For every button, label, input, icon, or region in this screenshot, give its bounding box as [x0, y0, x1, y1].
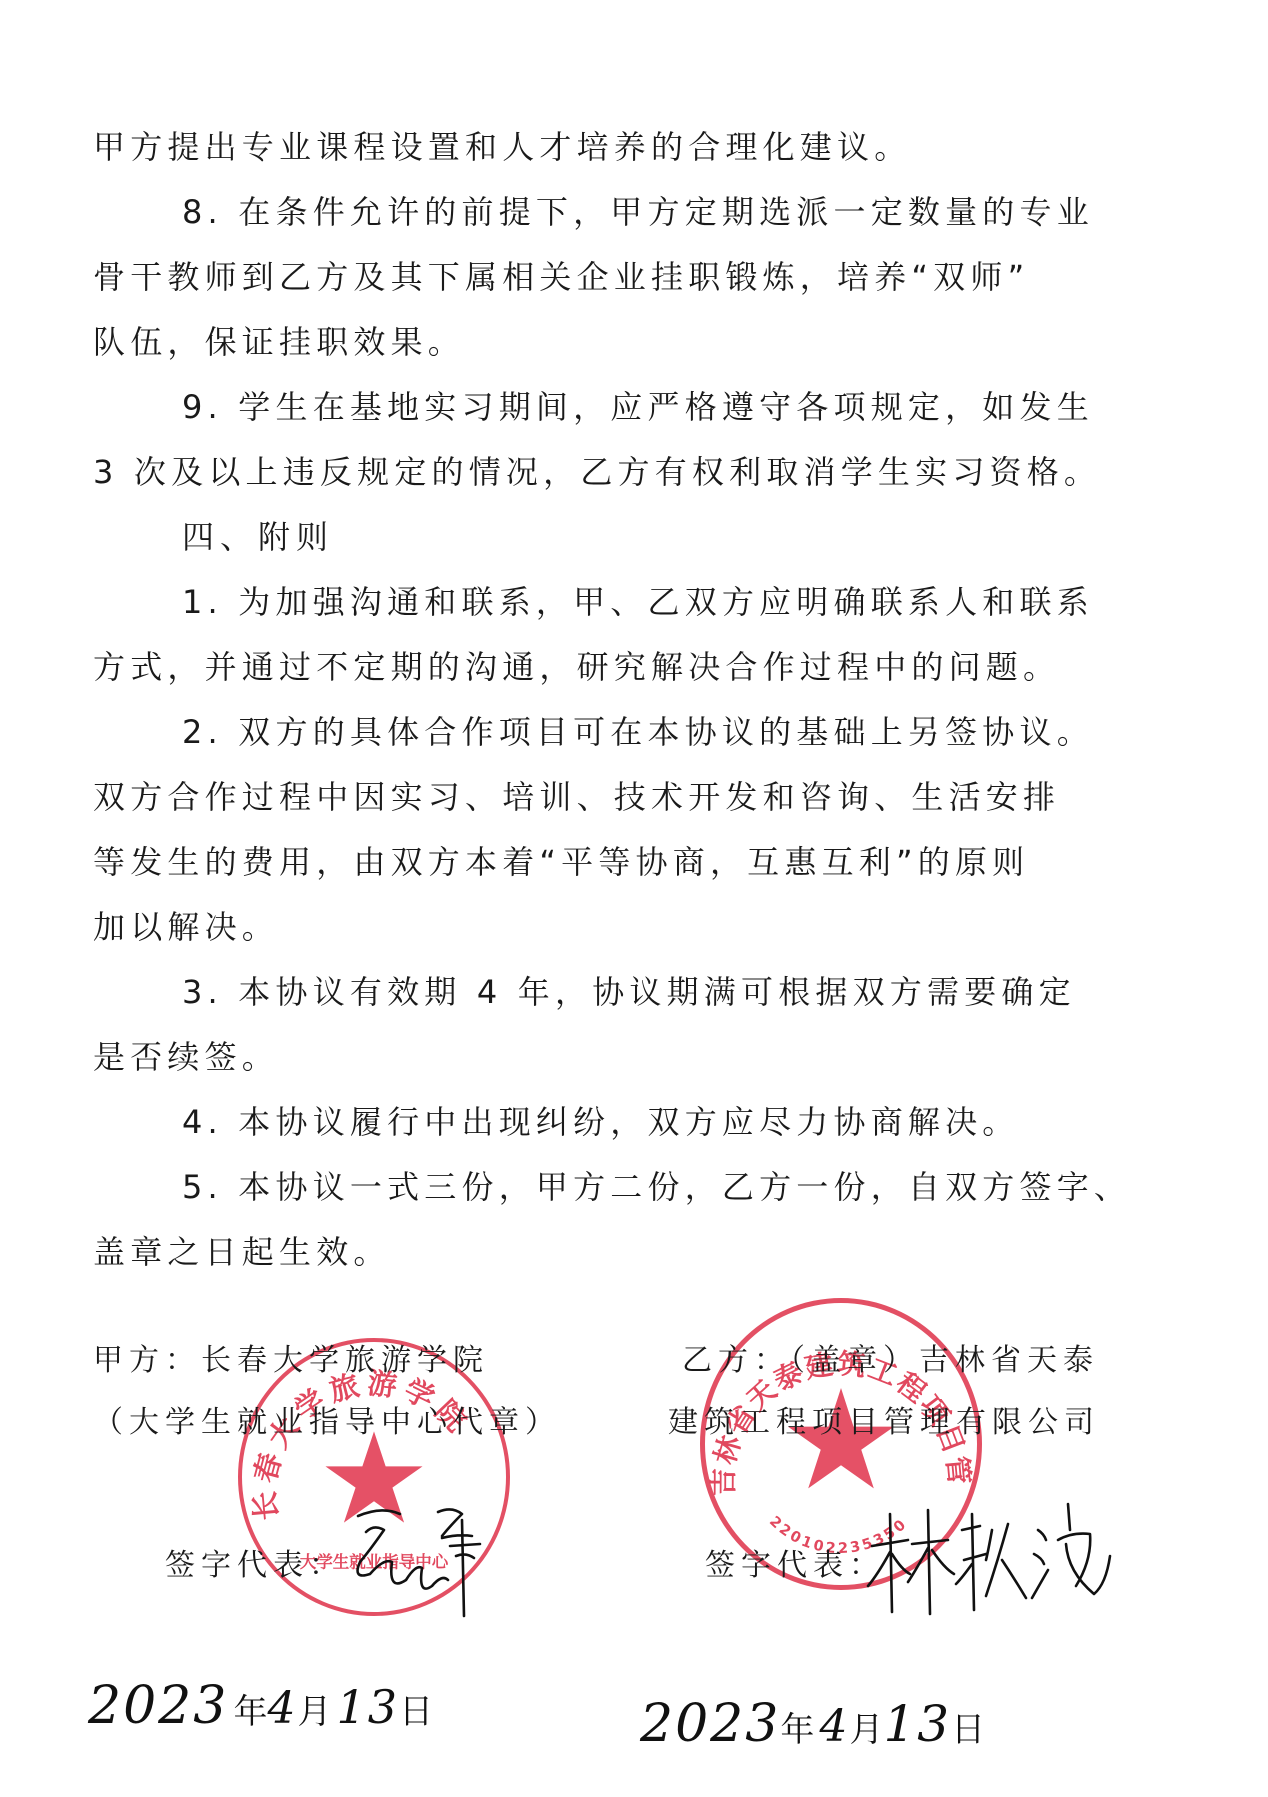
text-line: 甲方提出专业课程设置和人才培养的合理化建议。	[93, 127, 1093, 167]
party-a-subtitle: （大学生就业指导中心代章）	[93, 1405, 561, 1441]
party-a-name: 甲方：长春大学旅游学院	[93, 1343, 489, 1379]
party-a-date: 2023 年4月 13日	[88, 1676, 433, 1736]
text-line: 8. 在条件允许的前提下，甲方定期选派一定数量的专业	[182, 192, 1182, 232]
text-line: 队伍，保证挂职效果。	[93, 322, 1093, 362]
text-line: 1. 为加强沟通和联系，甲、乙双方应明确联系人和联系	[182, 582, 1182, 622]
text-line: 9. 学生在基地实习期间，应严格遵守各项规定，如发生	[182, 387, 1182, 427]
text-line: 3 次及以上违反规定的情况，乙方有权利取消学生实习资格。	[93, 452, 1093, 492]
text-line: 2. 双方的具体合作项目可在本协议的基础上另签协议。	[182, 712, 1182, 752]
text-line: 是否续签。	[93, 1037, 1093, 1077]
text-line: 双方合作过程中因实习、培训、技术开发和咨询、生活安排	[93, 777, 1093, 817]
document-page: 甲方提出专业课程设置和人才培养的合理化建议。 8. 在条件允许的前提下，甲方定期…	[0, 0, 1268, 1797]
text-line: 骨干教师到乙方及其下属相关企业挂职锻炼，培养“双师”	[93, 257, 1093, 297]
text-line: 加以解决。	[93, 907, 1093, 947]
text-line: 5. 本协议一式三份，甲方二份，乙方一份，自双方签字、	[182, 1167, 1182, 1207]
party-a-signature	[330, 1500, 500, 1624]
party-b-subtitle: 建筑工程项目管理有限公司	[668, 1405, 1100, 1441]
party-b-name: 乙方：（盖章）吉林省天泰	[682, 1343, 1099, 1379]
text-line: 盖章之日起生效。	[93, 1232, 1093, 1272]
party-a-rep-label: 签字代表：	[165, 1548, 345, 1584]
section-heading: 四、附则	[182, 517, 1182, 557]
party-b-date: 2023年 4月13日	[640, 1694, 985, 1754]
text-line: 4. 本协议履行中出现纠纷，双方应尽力协商解决。	[182, 1102, 1182, 1142]
text-line: 等发生的费用，由双方本着“平等协商，互惠互利”的原则	[93, 842, 1093, 882]
party-b-signature	[862, 1500, 1122, 1624]
party-b-rep-label: 签字代表：	[705, 1548, 885, 1584]
text-line: 方式，并通过不定期的沟通，研究解决合作过程中的问题。	[93, 647, 1093, 687]
text-line: 3. 本协议有效期 4 年，协议期满可根据双方需要确定	[182, 972, 1182, 1012]
